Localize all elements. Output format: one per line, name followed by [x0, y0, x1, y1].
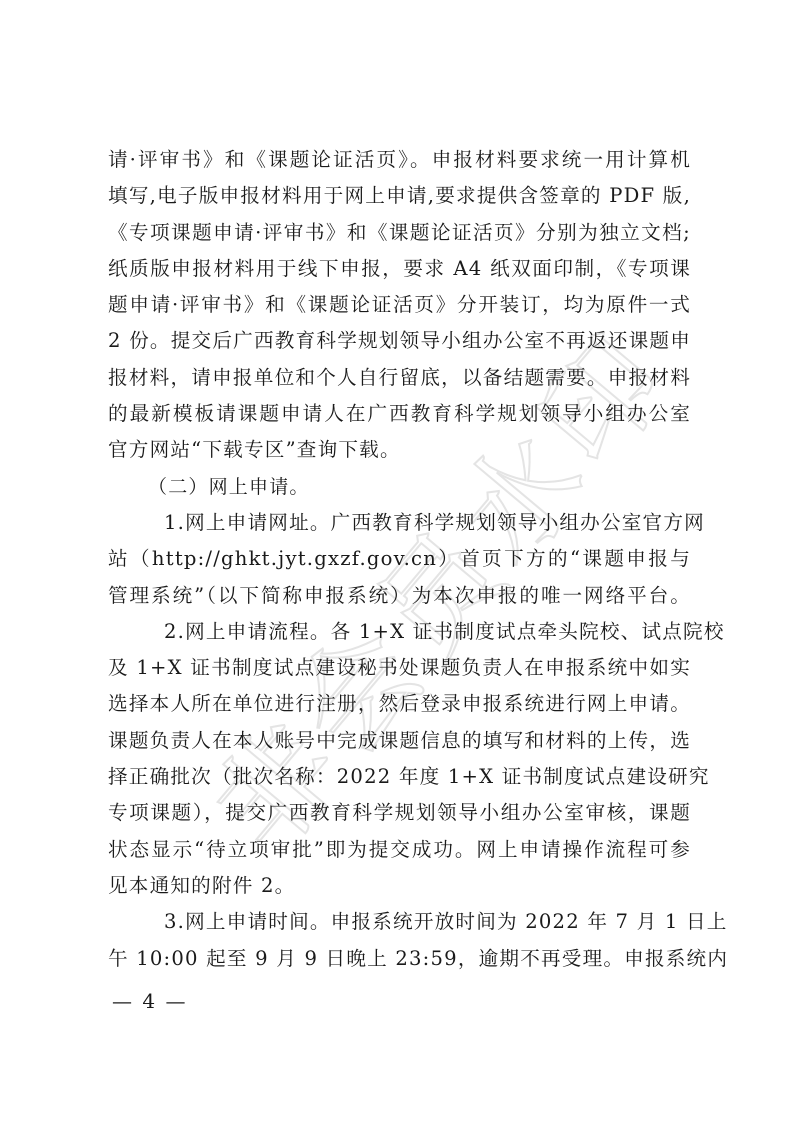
paragraph-start-line: 3.网上申请时间。申报系统开放时间为 2022 年 7 月 1 日上: [108, 904, 691, 940]
text-line: 请·评审书》和《课题论证活页》。申报材料要求统一用计算机: [108, 142, 691, 178]
text-line: 及 1+X 证书制度试点建设秘书处课题负责人在申报系统中如实: [108, 650, 691, 686]
text-line: 填写,电子版申报材料用于网上申请,要求提供含签章的 PDF 版,: [108, 178, 691, 214]
text-line: 选择本人所在单位进行注册，然后登录申报系统进行网上申请。: [108, 686, 691, 722]
text-line: 午 10:00 起至 9 月 9 日晚上 23:59，逾期不再受理。申报系统内: [108, 941, 691, 977]
text-line: 站（http://ghkt.jyt.gxzf.gov.cn）首页下方的“课题申报…: [108, 541, 691, 577]
text-line: 题申请·评审书》和《课题论证活页》分开装订，均为原件一式: [108, 287, 691, 323]
text-line: 报材料，请申报单位和个人自行留底，以备结题需要。申报材料: [108, 360, 691, 396]
text-line: 管理系统”（以下简称申报系统）为本次申报的唯一网络平台。: [108, 578, 691, 614]
text-line: 的最新模板请课题申请人在广西教育科学规划领导小组办公室: [108, 396, 691, 432]
text-line: 纸质版申报材料用于线下申报，要求 A4 纸双面印制，《专项课: [108, 251, 691, 287]
text-line: 择正确批次（批次名称：2022 年度 1+X 证书制度试点建设研究: [108, 759, 691, 795]
text-line: 2 份。提交后广西教育科学规划领导小组办公室不再返还课题申: [108, 323, 691, 359]
paragraph-start-line: 1.网上申请网址。广西教育科学规划领导小组办公室官方网: [108, 505, 691, 541]
document-page: 非会员水印 请·评审书》和《课题论证活页》。申报材料要求统一用计算机 填写,电子…: [0, 0, 794, 1123]
paragraph-start-line: 2.网上申请流程。各 1+X 证书制度试点牵头院校、试点院校: [108, 614, 691, 650]
text-line: 见本通知的附件 2。: [108, 868, 691, 904]
text-line: 《专项课题申请·评审书》和《课题论证活页》分别为独立文档;: [108, 215, 691, 251]
text-line: 状态显示“待立项审批”即为提交成功。网上申请操作流程可参: [108, 832, 691, 868]
text-line: 课题负责人在本人账号中完成课题信息的填写和材料的上传，选: [108, 723, 691, 759]
document-body: 请·评审书》和《课题论证活页》。申报材料要求统一用计算机 填写,电子版申报材料用…: [108, 142, 691, 977]
page-number: — 4 —: [112, 986, 187, 1016]
text-line: 专项课题），提交广西教育科学规划领导小组办公室审核，课题: [108, 795, 691, 831]
text-line: 官方网站“下载专区”查询下载。: [108, 432, 691, 468]
section-heading: （二）网上申请。: [108, 469, 691, 505]
